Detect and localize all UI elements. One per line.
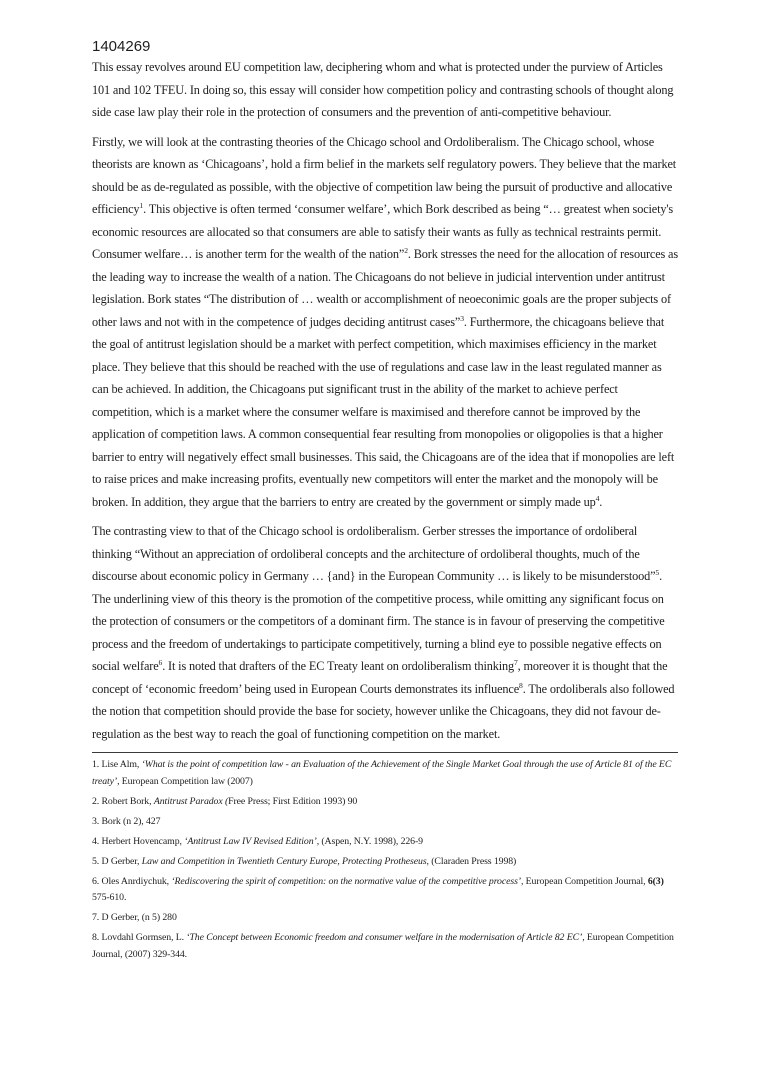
text-segment: ‘The Concept between Economic freedom an… <box>186 932 582 943</box>
essay-paragraph: This essay revolves around EU competitio… <box>92 56 678 124</box>
document-page: 1404269 This essay revolves around EU co… <box>0 0 768 1087</box>
text-segment: 4. Herbert Hovencamp, <box>92 836 184 847</box>
text-segment: . <box>599 495 602 509</box>
footnote-item: 7. D Gerber, (n 5) 280 <box>92 910 678 927</box>
footnotes-section: 1. Lise Alm, ‘What is the point of compe… <box>92 757 678 963</box>
text-segment: . It is noted that drafters of the EC Tr… <box>162 659 514 673</box>
document-number: 1404269 <box>92 38 678 56</box>
text-segment: 2. Robert Bork, <box>92 796 154 807</box>
footnote-item: 1. Lise Alm, ‘What is the point of compe… <box>92 757 678 790</box>
text-segment: , (Aspen, N.Y. 1998), 226-9 <box>317 836 423 847</box>
text-segment: (Claraden Press 1998) <box>429 856 516 867</box>
footnote-item: 6. Oles Anrdiychuk, ‘Rediscovering the s… <box>92 874 678 907</box>
text-segment: . Furthermore, the chicagoans believe th… <box>92 315 674 509</box>
footnote-separator <box>92 752 678 753</box>
text-segment: This essay revolves around EU competitio… <box>92 60 673 119</box>
essay-paragraph: Firstly, we will look at the contrasting… <box>92 131 678 514</box>
essay-paragraph: The contrasting view to that of the Chic… <box>92 520 678 745</box>
text-segment: Free Press; First Edition 1993) 90 <box>228 796 357 807</box>
text-segment: , European Competition Journal, <box>521 876 648 887</box>
text-segment: 575-610. <box>92 892 126 903</box>
text-segment: 3. Bork (n 2), 427 <box>92 816 160 827</box>
footnote-item: 2. Robert Bork, Antitrust Paradox (Free … <box>92 794 678 811</box>
text-segment: 1. Lise Alm, <box>92 759 142 770</box>
text-segment: ‘Antitrust Law IV Revised Edition’ <box>184 836 316 847</box>
text-segment: 7. D Gerber, (n 5) 280 <box>92 912 177 923</box>
text-segment: 6(3) <box>648 876 664 887</box>
text-segment: 6. Oles Anrdiychuk, <box>92 876 171 887</box>
text-segment: , European Competition law (2007) <box>117 776 253 787</box>
text-segment: Law and Competition in Twentieth Century… <box>142 856 429 867</box>
text-segment: ‘Rediscovering the spirit of competition… <box>171 876 521 887</box>
text-segment: Antitrust Paradox ( <box>154 796 228 807</box>
text-segment: . The underlining view of this theory is… <box>92 569 665 673</box>
text-segment: The contrasting view to that of the Chic… <box>92 524 655 583</box>
footnote-item: 8. Lovdahl Gormsen, L. ‘The Concept betw… <box>92 930 678 963</box>
essay-body: This essay revolves around EU competitio… <box>92 56 678 745</box>
footnote-item: 4. Herbert Hovencamp, ‘Antitrust Law IV … <box>92 834 678 851</box>
text-segment: 5. D Gerber, <box>92 856 142 867</box>
footnote-item: 3. Bork (n 2), 427 <box>92 814 678 831</box>
text-segment: 8. Lovdahl Gormsen, L. <box>92 932 186 943</box>
footnote-item: 5. D Gerber, Law and Competition in Twen… <box>92 854 678 871</box>
document-content: 1404269 This essay revolves around EU co… <box>92 38 678 967</box>
